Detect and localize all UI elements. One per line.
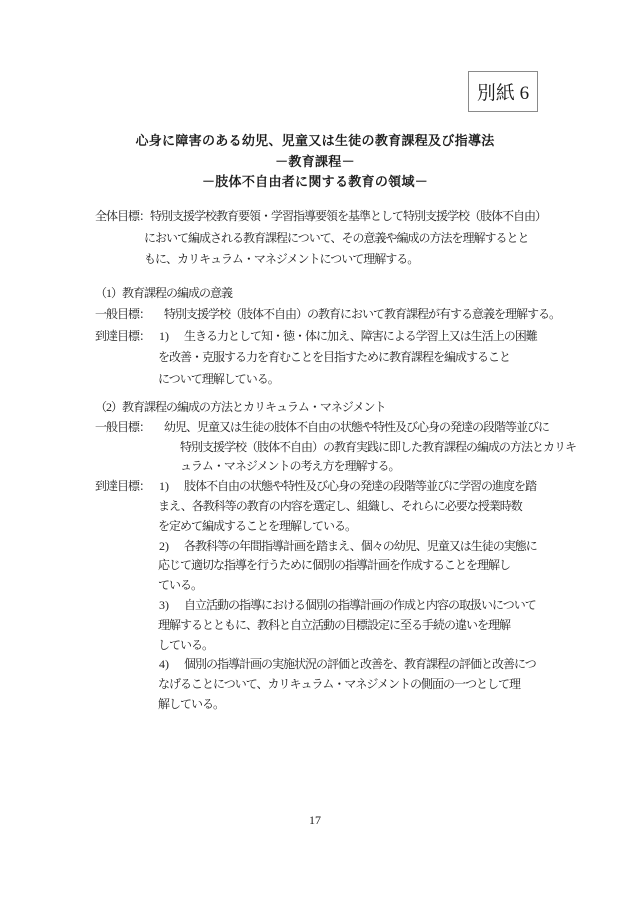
- section-2-heading: （2）教育課程の編成の方法とカリキュラム・マネジメント: [95, 398, 565, 418]
- item-text: 各教科等の年間指導計画を踏まえ、個々の幼児、児童又は生徒の実態に: [184, 539, 537, 553]
- item-number: 3): [159, 596, 184, 616]
- general-goal-label: 一般目標：: [95, 420, 150, 434]
- general-goal-text: 特別支援学校（肢体不自由）の教育において教育課程が有する意義を理解する。: [164, 307, 560, 321]
- overall-goal-text: 特別支援学校教育要領・学習指導要領を基準として特別支援学校（肢体不自由）: [150, 209, 546, 223]
- item-number: 2): [159, 537, 184, 557]
- section-1-heading: （1）教育課程の編成の意義: [95, 283, 565, 305]
- text-line: 一般目標：幼児、児童又は生徒の肢体不自由の状態や特性及び心身の発達の段階等並びに: [95, 418, 565, 438]
- attachment-label: 別紙 6: [477, 78, 529, 105]
- overall-goal-label: 全体目標：: [95, 209, 150, 223]
- attainment-goal-label: 到達目標：: [95, 329, 150, 343]
- section-1: （1）教育課程の編成の意義 一般目標：特別支援学校（肢体不自由）の教育において教…: [95, 283, 565, 391]
- text-line: まえ、各教科等の教育の内容を選定し、組織し、それらに必要な授業時数: [95, 497, 565, 517]
- text-line: なげることについて、カリキュラム・マネジメントの側面の一つとして理: [95, 675, 565, 695]
- text-line: 解している。: [95, 695, 565, 715]
- general-goal-text: 幼児、児童又は生徒の肢体不自由の状態や特性及び心身の発達の段階等並びに: [164, 420, 549, 434]
- section-2: （2）教育課程の編成の方法とカリキュラム・マネジメント 一般目標：幼児、児童又は…: [95, 398, 565, 715]
- document-body: 全体目標：特別支援学校教育要領・学習指導要領を基準として特別支援学校（肢体不自由…: [95, 206, 565, 715]
- text-line: 到達目標：1)生きる力として知・徳・体に加え、障害による学習上又は生活上の困難: [95, 326, 565, 348]
- general-goal-label: 一般目標：: [95, 307, 150, 321]
- title-line-3: －肢体不自由者に関する教育の領域－: [0, 172, 630, 193]
- text-line: ている。: [95, 576, 565, 596]
- item-number: 1): [159, 477, 184, 497]
- document-page: 別紙 6 心身に障害のある幼児、児童又は生徒の教育課程及び指導法 －教育課程－ …: [0, 0, 630, 903]
- attainment-goal-label: 到達目標：: [95, 479, 150, 493]
- text-line: を改善・克服する力を育むことを目指すために教育課程を編成すること: [95, 347, 565, 369]
- text-line: もに、カリキュラム・マネジメントについて理解する。: [95, 249, 565, 271]
- text-line: 理解するとともに、教科と自立活動の目標設定に至る手続の違いを理解: [95, 616, 565, 636]
- text-line: 3)自立活動の指導における個別の指導計画の作成と内容の取扱いについて: [95, 596, 565, 616]
- title-line-2: －教育課程－: [0, 152, 630, 173]
- text-line: している。: [95, 636, 565, 656]
- text-line: 特別支援学校（肢体不自由）の教育実践に即した教育課程の編成の方法とカリキ: [95, 438, 565, 458]
- item-text: 自立活動の指導における個別の指導計画の作成と内容の取扱いについて: [184, 598, 536, 612]
- item-number: 4): [159, 655, 184, 675]
- page-number: 17: [0, 813, 630, 828]
- attachment-label-box: 別紙 6: [468, 71, 538, 112]
- item-text: 肢体不自由の状態や特性及び心身の発達の段階等並びに学習の進度を踏: [184, 479, 536, 493]
- text-line: 応じて適切な指導を行うために個別の指導計画を作成することを理解し: [95, 556, 565, 576]
- text-line: 2)各教科等の年間指導計画を踏まえ、個々の幼児、児童又は生徒の実態に: [95, 537, 565, 557]
- text-line: において編成される教育課程について、その意義や編成の方法を理解するとと: [95, 228, 565, 250]
- item-text: 個別の指導計画の実施状況の評価と改善を、教育課程の評価と改善につ: [184, 657, 536, 671]
- overall-goal-paragraph: 全体目標：特別支援学校教育要領・学習指導要領を基準として特別支援学校（肢体不自由…: [95, 206, 565, 271]
- item-text: 生きる力として知・徳・体に加え、障害による学習上又は生活上の困難: [184, 329, 537, 343]
- text-line: 一般目標：特別支援学校（肢体不自由）の教育において教育課程が有する意義を理解する…: [95, 304, 565, 326]
- item-number: 1): [159, 326, 184, 348]
- document-title: 心身に障害のある幼児、児童又は生徒の教育課程及び指導法 －教育課程－ －肢体不自…: [0, 131, 630, 193]
- text-line: 全体目標：特別支援学校教育要領・学習指導要領を基準として特別支援学校（肢体不自由…: [95, 206, 565, 228]
- text-line: 4)個別の指導計画の実施状況の評価と改善を、教育課程の評価と改善につ: [95, 655, 565, 675]
- text-line: 到達目標：1)肢体不自由の状態や特性及び心身の発達の段階等並びに学習の進度を踏: [95, 477, 565, 497]
- text-line: を定めて編成することを理解している。: [95, 517, 565, 537]
- text-line: について理解している。: [95, 369, 565, 391]
- text-line: ュラム・マネジメントの考え方を理解する。: [95, 457, 565, 477]
- title-line-1: 心身に障害のある幼児、児童又は生徒の教育課程及び指導法: [0, 131, 630, 152]
